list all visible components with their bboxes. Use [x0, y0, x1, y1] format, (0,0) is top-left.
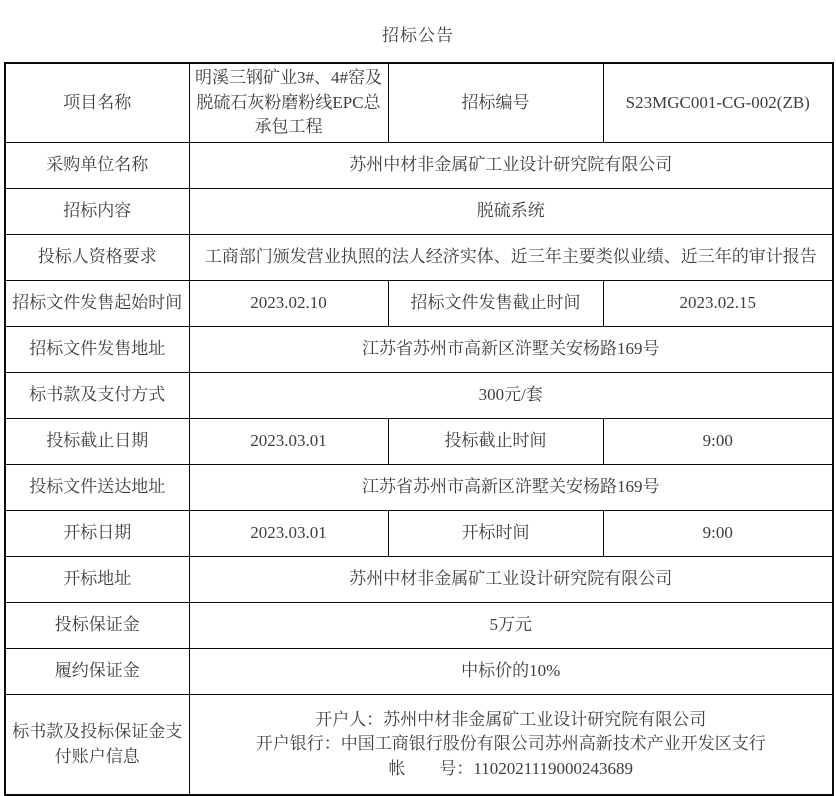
label-tender-content: 招标内容 [5, 188, 189, 234]
account-number-line: 帐 号：1102021119000243689 [193, 757, 830, 782]
table-row-purchaser: 采购单位名称 苏州中材非金属矿工业设计研究院有限公司 [5, 142, 833, 188]
label-purchaser-name: 采购单位名称 [5, 142, 189, 188]
label-bidder-qualification: 投标人资格要求 [5, 234, 189, 280]
value-purchaser-name: 苏州中材非金属矿工业设计研究院有限公司 [189, 142, 833, 188]
value-payment-account-info: 开户人：苏州中材非金属矿工业设计研究院有限公司 开户银行：中国工商银行股份有限公… [189, 694, 833, 795]
table-row-payment-account: 标书款及投标保证金支付账户信息 开户人：苏州中材非金属矿工业设计研究院有限公司 … [5, 694, 833, 795]
table-row-doc-fee: 标书款及支付方式 300元/套 [5, 372, 833, 418]
label-opening-address: 开标地址 [5, 556, 189, 602]
value-bid-deadline-time: 9:00 [603, 418, 833, 464]
table-row-doc-sale-address: 招标文件发售地址 江苏省苏州市高新区浒墅关安杨路169号 [5, 326, 833, 372]
label-doc-sale-end: 招标文件发售截止时间 [388, 280, 603, 326]
label-doc-sale-address: 招标文件发售地址 [5, 326, 189, 372]
value-bid-delivery-address: 江苏省苏州市高新区浒墅关安杨路169号 [189, 464, 833, 510]
value-doc-sale-address: 江苏省苏州市高新区浒墅关安杨路169号 [189, 326, 833, 372]
value-performance-bond: 中标价的10% [189, 648, 833, 694]
label-opening-date: 开标日期 [5, 510, 189, 556]
label-payment-account-info: 标书款及投标保证金支付账户信息 [5, 694, 189, 795]
table-row-performance-bond: 履约保证金 中标价的10% [5, 648, 833, 694]
table-row-qualification: 投标人资格要求 工商部门颁发营业执照的法人经济实体、近三年主要类似业绩、近三年的… [5, 234, 833, 280]
value-doc-fee: 300元/套 [189, 372, 833, 418]
value-project-name: 明溪三钢矿业3#、4#窑及脱硫石灰粉磨粉线EPC总承包工程 [189, 63, 388, 142]
label-bid-bond: 投标保证金 [5, 602, 189, 648]
table-row-bid-bond: 投标保证金 5万元 [5, 602, 833, 648]
value-tender-number: S23MGC001-CG-002(ZB) [603, 63, 833, 142]
label-bid-deadline-time: 投标截止时间 [388, 418, 603, 464]
label-project-name: 项目名称 [5, 63, 189, 142]
label-bid-delivery-address: 投标文件送达地址 [5, 464, 189, 510]
table-row-doc-sale-time: 招标文件发售起始时间 2023.02.10 招标文件发售截止时间 2023.02… [5, 280, 833, 326]
label-performance-bond: 履约保证金 [5, 648, 189, 694]
label-bid-deadline-date: 投标截止日期 [5, 418, 189, 464]
value-bid-bond: 5万元 [189, 602, 833, 648]
table-row-bid-deadline: 投标截止日期 2023.03.01 投标截止时间 9:00 [5, 418, 833, 464]
table-row-opening: 开标日期 2023.03.01 开标时间 9:00 [5, 510, 833, 556]
tender-table: 项目名称 明溪三钢矿业3#、4#窑及脱硫石灰粉磨粉线EPC总承包工程 招标编号 … [4, 62, 834, 796]
account-bank-line: 开户银行：中国工商银行股份有限公司苏州高新技术产业开发区支行 [193, 732, 830, 757]
value-doc-sale-start: 2023.02.10 [189, 280, 388, 326]
value-opening-date: 2023.03.01 [189, 510, 388, 556]
value-bidder-qualification: 工商部门颁发营业执照的法人经济实体、近三年主要类似业绩、近三年的审计报告 [189, 234, 833, 280]
table-row-opening-address: 开标地址 苏州中材非金属矿工业设计研究院有限公司 [5, 556, 833, 602]
table-row-bid-delivery-address: 投标文件送达地址 江苏省苏州市高新区浒墅关安杨路169号 [5, 464, 833, 510]
value-bid-deadline-date: 2023.03.01 [189, 418, 388, 464]
account-holder-line: 开户人：苏州中材非金属矿工业设计研究院有限公司 [193, 708, 830, 733]
label-opening-time: 开标时间 [388, 510, 603, 556]
page-title: 招标公告 [4, 4, 832, 62]
value-opening-address: 苏州中材非金属矿工业设计研究院有限公司 [189, 556, 833, 602]
label-doc-fee: 标书款及支付方式 [5, 372, 189, 418]
value-opening-time: 9:00 [603, 510, 833, 556]
label-tender-number: 招标编号 [388, 63, 603, 142]
table-row-project: 项目名称 明溪三钢矿业3#、4#窑及脱硫石灰粉磨粉线EPC总承包工程 招标编号 … [5, 63, 833, 142]
value-tender-content: 脱硫系统 [189, 188, 833, 234]
table-row-tender-content: 招标内容 脱硫系统 [5, 188, 833, 234]
label-doc-sale-start: 招标文件发售起始时间 [5, 280, 189, 326]
tender-announcement-page: 招标公告 项目名称 明溪三钢矿业3#、4#窑及脱硫石灰粉磨粉线EPC总承包工程 … [0, 0, 836, 787]
value-doc-sale-end: 2023.02.15 [603, 280, 833, 326]
